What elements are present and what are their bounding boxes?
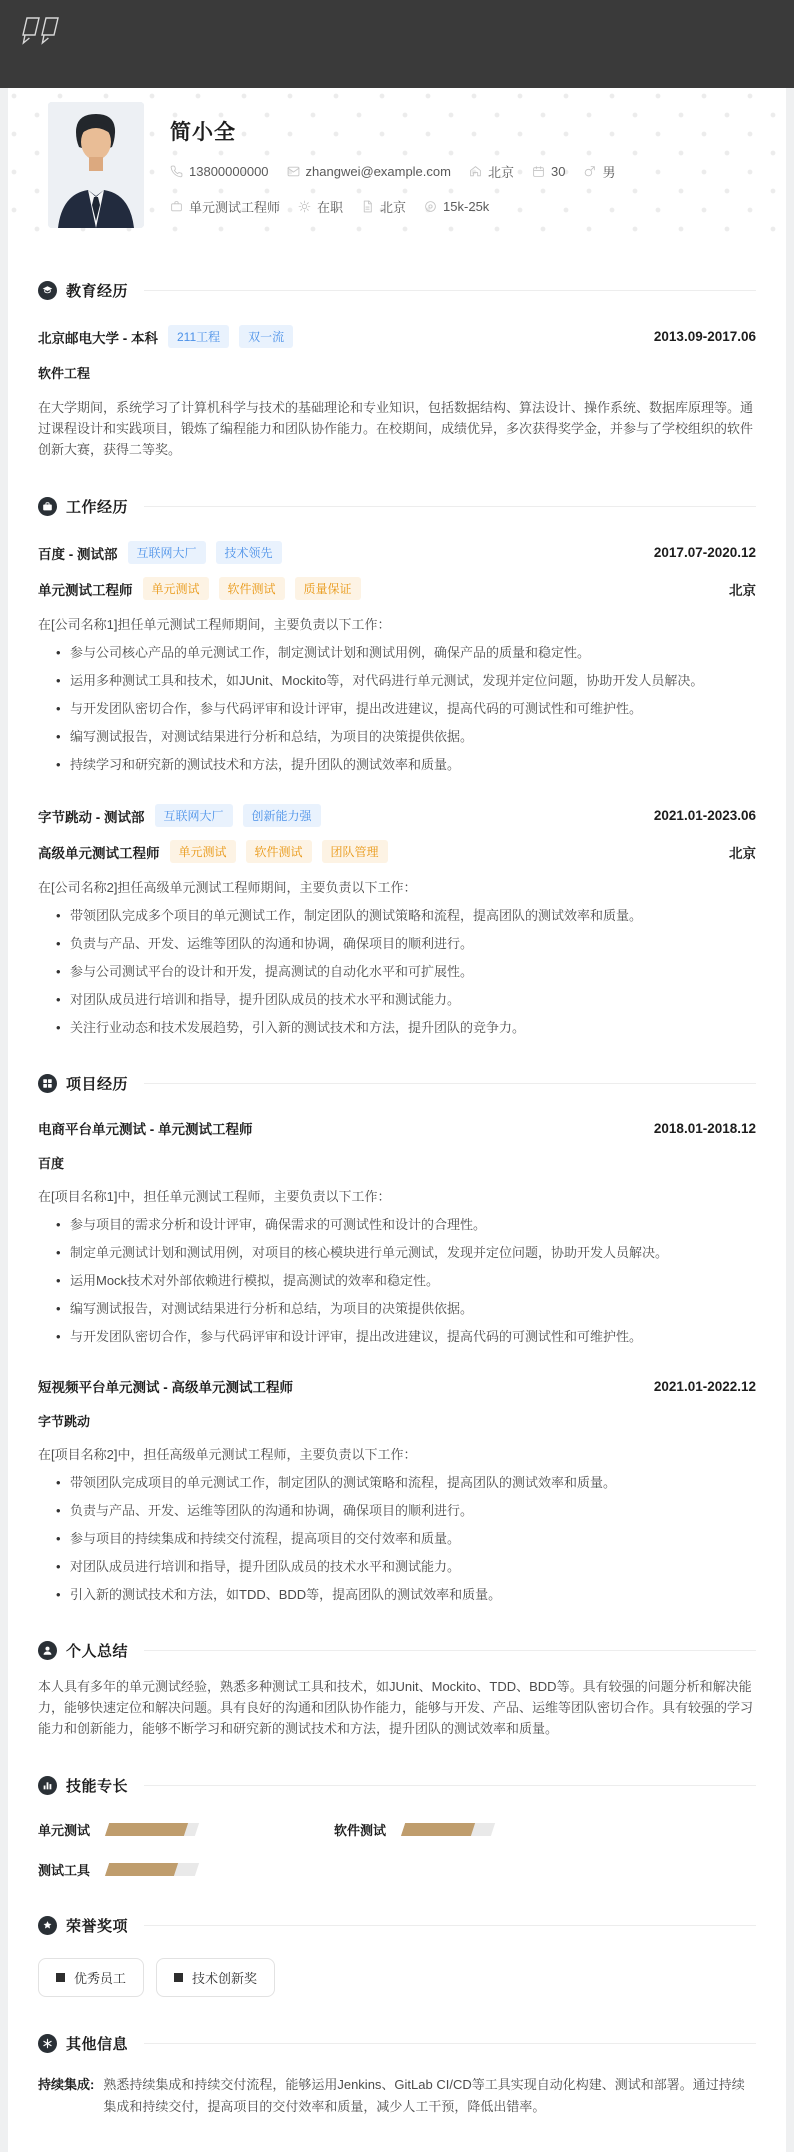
contact-row-1: 13800000000 zhangwei@example.com 北京 30 男: [170, 162, 633, 181]
hukou-value: 北京: [380, 197, 406, 216]
bullet-item: 与开发团队密切合作，参与代码评审和设计评审，提出改进建议，提高代码的可测试性和可…: [56, 1327, 756, 1346]
age-item: 30: [532, 164, 565, 179]
award-icon: [38, 1916, 57, 1935]
projects-header: 项目经历: [38, 1073, 756, 1094]
education-entry-head: 北京邮电大学 - 本科 211工程 双一流 2013.09-2017.06: [38, 325, 756, 348]
job-bullets: 带领团队完成多个项目的单元测试工作，制定团队的测试策略和流程，提高团队的测试效率…: [38, 906, 756, 1037]
bullet-item: 关注行业动态和技术发展趋势，引入新的测试技术和方法，提升团队的竞争力。: [56, 1018, 756, 1037]
other-item: 持续集成: 熟悉持续集成和持续交付流程，能够运用Jenkins、GitLab C…: [38, 2074, 756, 2118]
candidate-name: 简小全: [170, 116, 633, 146]
job-location: 北京: [729, 842, 756, 862]
skill-bar: [401, 1823, 495, 1836]
project-date: 2018.01-2018.12: [654, 1121, 756, 1136]
skill-tag: 单元测试: [143, 577, 209, 600]
honor-label: 技术创新奖: [192, 1968, 257, 1987]
section-other: 其他信息 持续集成: 熟悉持续集成和持续交付流程，能够运用Jenkins、Git…: [8, 2033, 786, 2118]
section-title: 项目经历: [66, 1073, 128, 1094]
document-icon: [361, 200, 374, 213]
section-title: 其他信息: [66, 2033, 128, 2054]
skill-tag: 软件测试: [246, 840, 312, 863]
bullet-item: 引入新的测试技术和方法，如TDD、BDD等，提高团队的测试效率和质量。: [56, 1585, 756, 1604]
education-header: 教育经历: [38, 280, 756, 301]
school-tag: 双一流: [239, 325, 293, 348]
skill-name: 测试工具: [38, 1860, 93, 1879]
phone-value: 13800000000: [189, 164, 269, 179]
job-location: 北京: [729, 579, 756, 599]
mail-icon: [287, 165, 300, 178]
education-date: 2013.09-2017.06: [654, 329, 756, 344]
job-entry: 字节跳动 - 测试部 互联网大厂 创新能力强 2021.01-2023.06 高…: [38, 804, 756, 1037]
major: 软件工程: [38, 363, 756, 382]
summary-header: 个人总结: [38, 1640, 756, 1661]
job-value: 单元测试工程师: [189, 197, 280, 216]
bullet-item: 与开发团队密切合作，参与代码评审和设计评审，提出改进建议，提高代码的可测试性和可…: [56, 699, 756, 718]
bar-chart-icon: [38, 1776, 57, 1795]
bullet-item: 带领团队完成多个项目的单元测试工作，制定团队的测试策略和流程，提高团队的测试效率…: [56, 906, 756, 925]
city-item: 北京: [469, 162, 514, 181]
education-description: 在大学期间，系统学习了计算机科学与技术的基础理论和专业知识，包括数据结构、算法设…: [38, 397, 756, 460]
skills-header: 技能专长: [38, 1775, 756, 1796]
grid-icon: [38, 1074, 57, 1093]
skill-bar: [105, 1863, 199, 1876]
bullet-item: 编写测试报告，对测试结果进行分析和总结，为项目的决策提供依据。: [56, 1299, 756, 1318]
gear-icon: [298, 200, 311, 213]
bullet-item: 参与项目的持续集成和持续交付流程，提高项目的交付效率和质量。: [56, 1529, 756, 1548]
project-company: 百度: [38, 1153, 756, 1172]
home-icon: [469, 165, 482, 178]
job-item: 单元测试工程师: [170, 197, 280, 216]
other-label: 持续集成:: [38, 2074, 94, 2118]
company-name: 百度 - 测试部: [38, 543, 118, 563]
section-work: 工作经历 百度 - 测试部 互联网大厂 技术领先 2017.07-2020.12…: [8, 496, 786, 1037]
skill-tag: 软件测试: [219, 577, 285, 600]
gender-item: 男: [583, 162, 615, 181]
other-header: 其他信息: [38, 2033, 756, 2054]
quote-icon: [20, 42, 66, 57]
job-intro: 在[公司名称1]担任单元测试工程师期间，主要负责以下工作：: [38, 615, 756, 634]
honor-badge: 技术创新奖: [156, 1958, 275, 1997]
section-title: 教育经历: [66, 280, 128, 301]
city-value: 北京: [488, 162, 514, 181]
phone-icon: [170, 165, 183, 178]
position-name: 高级单元测试工程师: [38, 842, 160, 862]
position-name: 单元测试工程师: [38, 579, 133, 599]
skill-tag: 团队管理: [322, 840, 388, 863]
job-intro: 在[公司名称2]担任高级单元测试工程师期间，主要负责以下工作：: [38, 878, 756, 897]
age-icon: [532, 165, 545, 178]
section-title: 工作经历: [66, 496, 128, 517]
bullet-item: 对团队成员进行培训和指导，提升团队成员的技术水平和测试能力。: [56, 990, 756, 1009]
project-name: 电商平台单元测试 - 单元测试工程师: [38, 1118, 253, 1138]
email-item: zhangwei@example.com: [287, 164, 451, 179]
person-icon: [38, 1641, 57, 1660]
job-date: 2021.01-2023.06: [654, 808, 756, 823]
project-intro: 在[项目名称1]中，担任单元测试工程师，主要负责以下工作：: [38, 1187, 756, 1206]
bullet-item: 负责与产品、开发、运维等团队的沟通和协调，确保项目的顺利进行。: [56, 1501, 756, 1520]
section-title: 荣誉奖项: [66, 1915, 128, 1936]
email-value: zhangwei@example.com: [306, 164, 451, 179]
project-intro: 在[项目名称2]中，担任高级单元测试工程师，主要负责以下工作：: [38, 1445, 756, 1464]
bullet-item: 参与公司测试平台的设计和开发，提高测试的自动化水平和可扩展性。: [56, 962, 756, 981]
asterisk-icon: [38, 2034, 57, 2053]
honors-row: 优秀员工 技术创新奖: [38, 1958, 756, 1997]
section-honors: 荣誉奖项 优秀员工 技术创新奖: [8, 1915, 786, 1997]
company-tag: 互联网大厂: [155, 804, 233, 827]
section-projects: 项目经历 电商平台单元测试 - 单元测试工程师 2018.01-2018.12 …: [8, 1073, 786, 1604]
honor-label: 优秀员工: [74, 1968, 126, 1987]
salary-value: 15k-25k: [443, 199, 489, 214]
skills-grid: 单元测试 软件测试 测试工具: [38, 1820, 756, 1879]
other-text: 熟悉持续集成和持续交付流程，能够运用Jenkins、GitLab CI/CD等工…: [103, 2074, 756, 2118]
status-value: 在职: [317, 197, 343, 216]
avatar: [48, 102, 144, 228]
work-header: 工作经历: [38, 496, 756, 517]
age-value: 30: [551, 164, 565, 179]
gender-value: 男: [602, 162, 615, 181]
bullet-item: 对团队成员进行培训和指导，提升团队成员的技术水平和测试能力。: [56, 1557, 756, 1576]
phone-item: 13800000000: [170, 164, 269, 179]
project-bullets: 带领团队完成项目的单元测试工作，制定团队的测试策略和流程，提高团队的测试效率和质…: [38, 1473, 756, 1604]
briefcase-icon: [38, 497, 57, 516]
skill-tag: 单元测试: [170, 840, 236, 863]
hukou-item: 北京: [361, 197, 406, 216]
skill-item: 测试工具: [38, 1860, 298, 1879]
skill-tag: 质量保证: [295, 577, 361, 600]
profile-header: 简小全 13800000000 zhangwei@example.com 北京 …: [8, 88, 786, 244]
job-date: 2017.07-2020.12: [654, 545, 756, 560]
project-bullets: 参与项目的需求分析和设计评审，确保需求的可测试性和设计的合理性。 制定单元测试计…: [38, 1215, 756, 1346]
target-icon: [424, 200, 437, 213]
project-name: 短视频平台单元测试 - 高级单元测试工程师: [38, 1376, 293, 1396]
company-tag: 互联网大厂: [128, 541, 206, 564]
square-icon: [56, 1973, 65, 1982]
graduation-cap-icon: [38, 281, 57, 300]
bullet-item: 负责与产品、开发、运维等团队的沟通和协调，确保项目的顺利进行。: [56, 934, 756, 953]
contact-row-2: 单元测试工程师 在职 北京 15k-25k: [170, 197, 633, 216]
bullet-item: 持续学习和研究新的测试技术和方法，提升团队的测试效率和质量。: [56, 755, 756, 774]
section-education: 教育经历 北京邮电大学 - 本科 211工程 双一流 2013.09-2017.…: [8, 280, 786, 460]
school-tag: 211工程: [168, 325, 229, 348]
section-title: 技能专长: [66, 1775, 128, 1796]
section-skills: 技能专长 单元测试 软件测试 测试工具: [8, 1775, 786, 1879]
company-name: 字节跳动 - 测试部: [38, 806, 145, 826]
bullet-item: 参与项目的需求分析和设计评审，确保需求的可测试性和设计的合理性。: [56, 1215, 756, 1234]
status-item: 在职: [298, 197, 343, 216]
project-entry: 电商平台单元测试 - 单元测试工程师 2018.01-2018.12 百度 在[…: [38, 1118, 756, 1346]
project-entry: 短视频平台单元测试 - 高级单元测试工程师 2021.01-2022.12 字节…: [38, 1376, 756, 1604]
salary-item: 15k-25k: [424, 199, 489, 214]
skill-item: 软件测试: [334, 1820, 594, 1839]
bullet-item: 带领团队完成项目的单元测试工作，制定团队的测试策略和流程，提高团队的测试效率和质…: [56, 1473, 756, 1492]
section-title: 个人总结: [66, 1640, 128, 1661]
skill-bar: [105, 1823, 199, 1836]
square-icon: [174, 1973, 183, 1982]
skill-name: 单元测试: [38, 1820, 93, 1839]
bullet-item: 运用多种测试工具和技术，如JUnit、Mockito等，对代码进行单元测试，发现…: [56, 671, 756, 690]
company-tag: 技术领先: [216, 541, 282, 564]
gender-icon: [583, 165, 596, 178]
honors-header: 荣誉奖项: [38, 1915, 756, 1936]
bullet-item: 参与公司核心产品的单元测试工作，制定测试计划和测试用例，确保产品的质量和稳定性。: [56, 643, 756, 662]
briefcase-icon: [170, 200, 183, 213]
profile-info: 简小全 13800000000 zhangwei@example.com 北京 …: [170, 102, 633, 228]
section-summary: 个人总结 本人具有多年的单元测试经验，熟悉多种测试工具和技术，如JUnit、Mo…: [8, 1640, 786, 1739]
project-company: 字节跳动: [38, 1411, 756, 1430]
bullet-item: 运用Mock技术对外部依赖进行模拟，提高测试的效率和稳定性。: [56, 1271, 756, 1290]
bullet-item: 制定单元测试计划和测试用例，对项目的核心模块进行单元测试，发现并定位问题，协助开…: [56, 1243, 756, 1262]
skill-item: 单元测试: [38, 1820, 298, 1839]
project-date: 2021.01-2022.12: [654, 1379, 756, 1394]
job-entry: 百度 - 测试部 互联网大厂 技术领先 2017.07-2020.12 单元测试…: [38, 541, 756, 774]
company-tag: 创新能力强: [243, 804, 321, 827]
resume-card: 简小全 13800000000 zhangwei@example.com 北京 …: [8, 88, 786, 2152]
bullet-item: 编写测试报告，对测试结果进行分析和总结，为项目的决策提供依据。: [56, 727, 756, 746]
job-bullets: 参与公司核心产品的单元测试工作，制定测试计划和测试用例，确保产品的质量和稳定性。…: [38, 643, 756, 774]
summary-text: 本人具有多年的单元测试经验，熟悉多种测试工具和技术，如JUnit、Mockito…: [38, 1676, 756, 1739]
school-name: 北京邮电大学 - 本科: [38, 327, 158, 347]
skill-name: 软件测试: [334, 1820, 389, 1839]
honor-badge: 优秀员工: [38, 1958, 144, 1997]
top-banner: [0, 0, 794, 88]
